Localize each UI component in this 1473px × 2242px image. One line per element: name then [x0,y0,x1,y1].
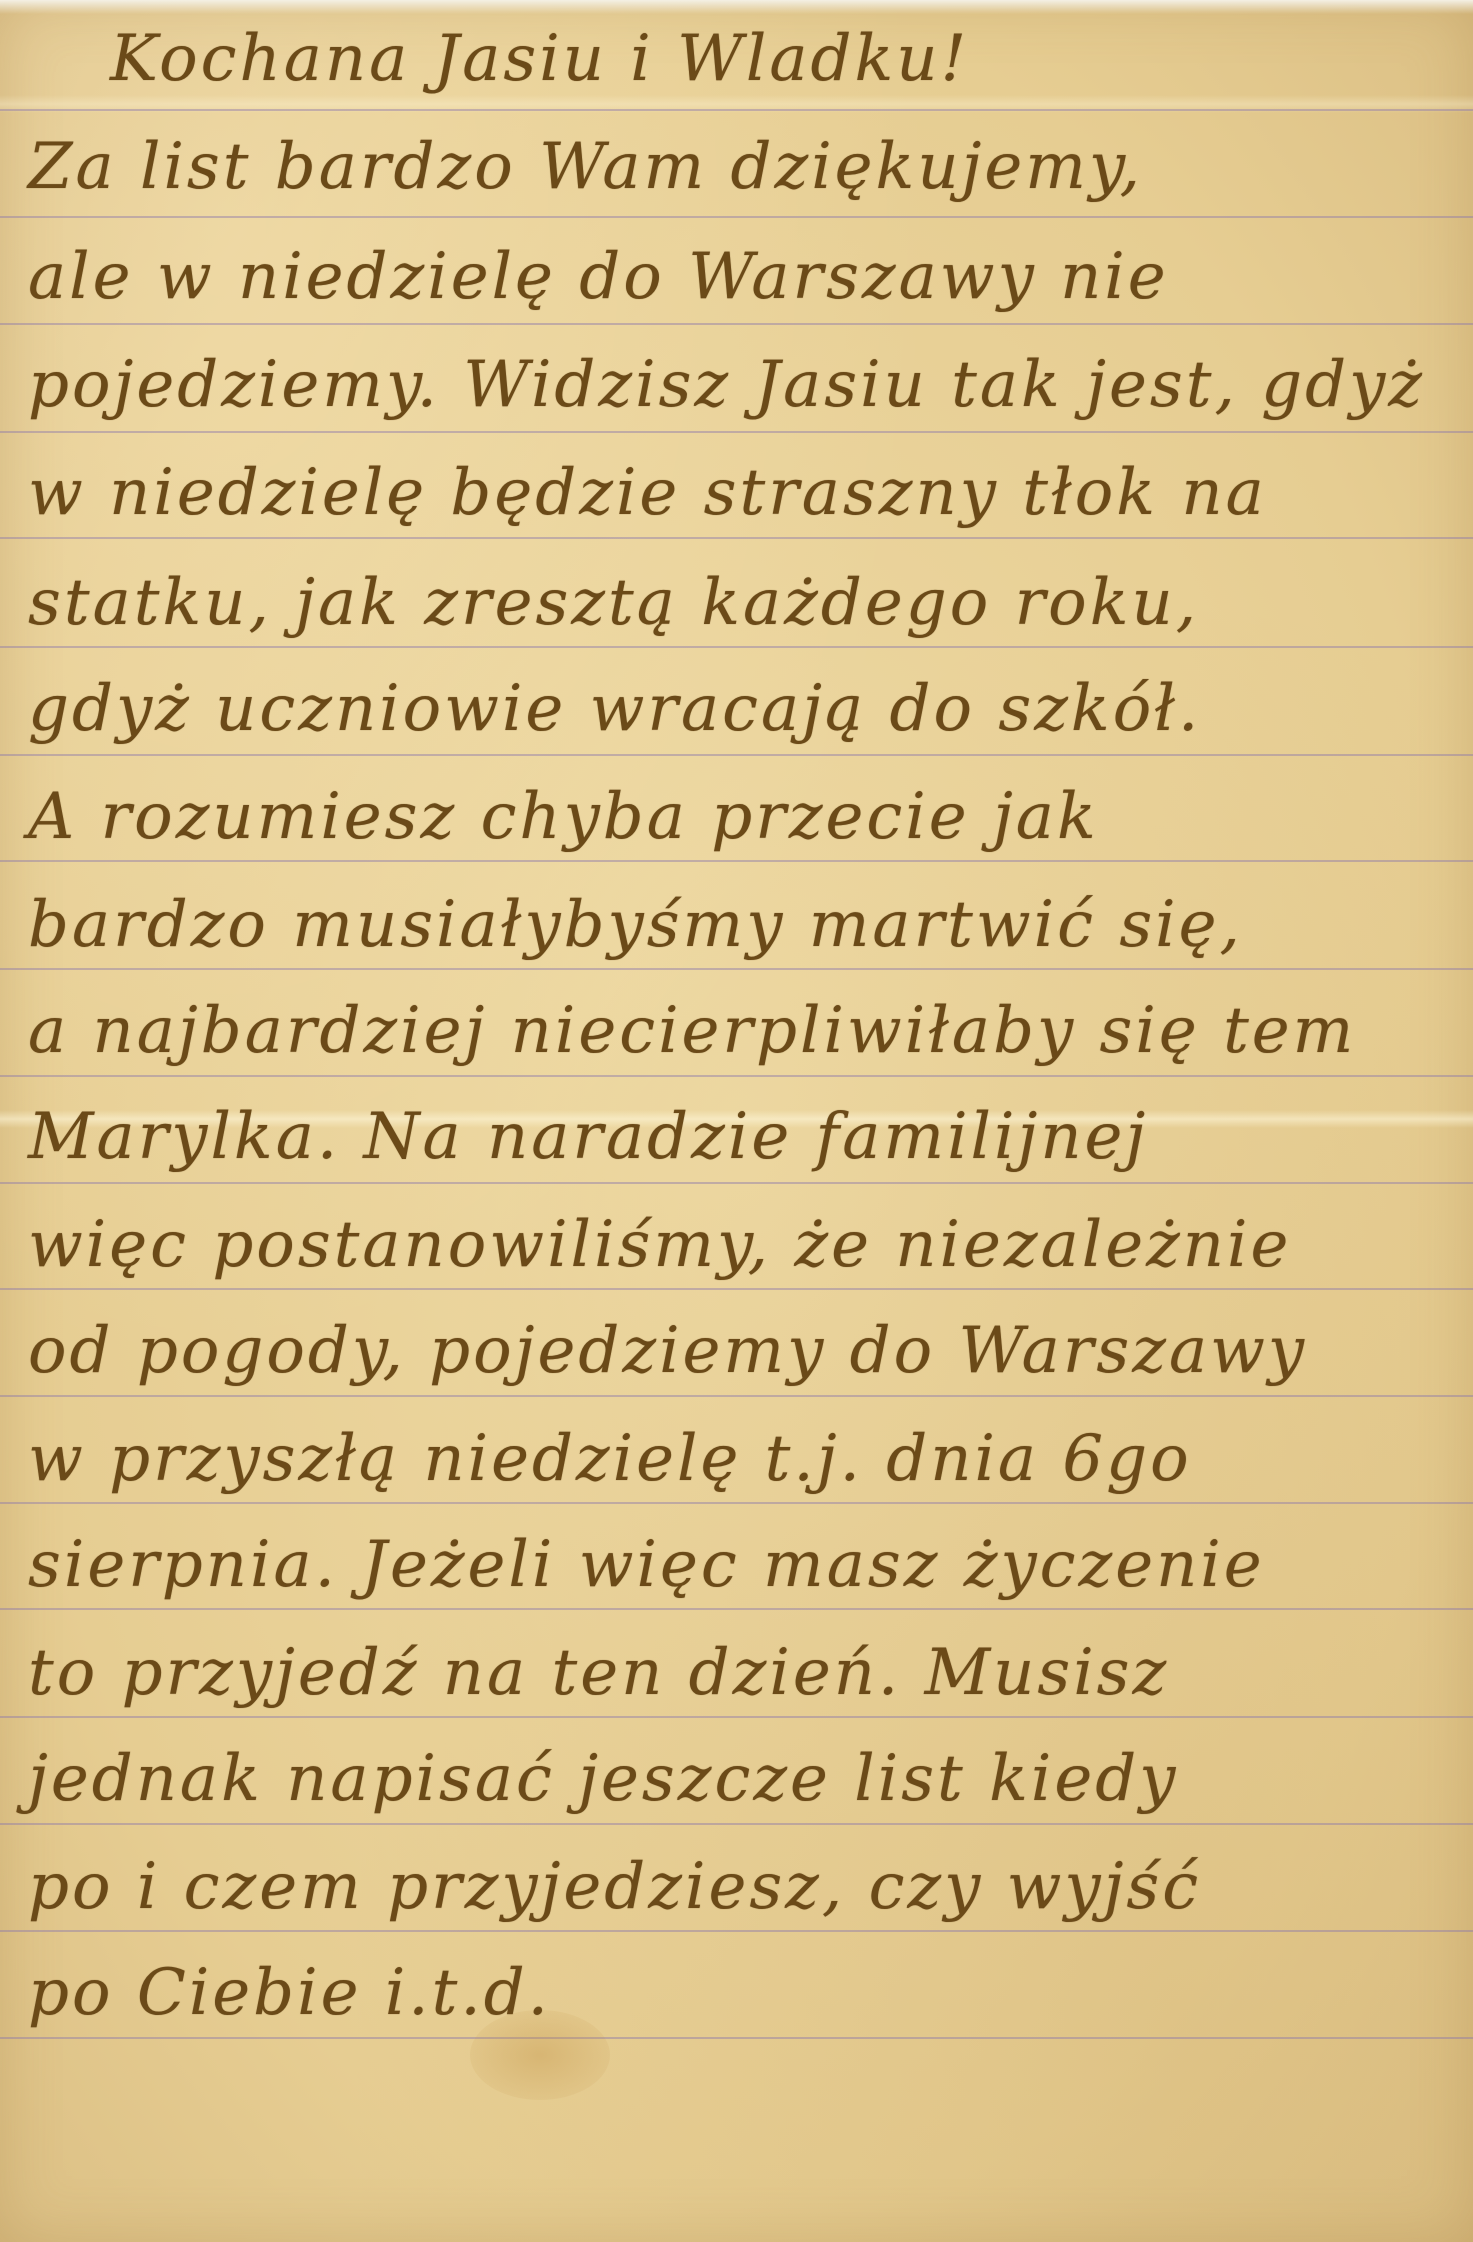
letter-line: po i czem przyjedziesz, czy wyjść [28,1850,1201,1924]
torn-top-edge [0,0,1473,14]
ruled-line [0,1608,1473,1610]
letter-line: ale w niedzielę do Warszawy nie [28,240,1169,314]
letter-line: gdyż uczniowie wracają do szkół. [28,672,1201,746]
ruled-line [0,431,1473,433]
ruled-line [0,2037,1473,2039]
letter-line: od pogody, pojedziemy do Warszawy [28,1314,1307,1388]
ruled-line [0,1502,1473,1504]
ruled-line [0,968,1473,970]
ruled-line [0,216,1473,218]
ruled-line [0,1182,1473,1184]
letter-line: to przyjedź na ten dzień. Musisz [28,1636,1169,1710]
ruled-line [0,1716,1473,1718]
letter-line: sierpnia. Jeżeli więc masz życzenie [28,1528,1265,1602]
letter-line: pojedziemy. Widzisz Jasiu tak jest, gdyż [28,348,1425,422]
ruled-line [0,1075,1473,1077]
ruled-line [0,1930,1473,1932]
letter-line: Za list bardzo Wam dziękujemy, [28,130,1143,204]
letter-line: jednak napisać jeszcze list kiedy [28,1742,1178,1816]
ruled-line [0,323,1473,325]
letter-salutation: Kochana Jasiu i Wladku! [110,22,969,96]
letter-line: w przyszłą niedzielę t.j. dnia 6go [28,1422,1192,1496]
letter-line: A rozumiesz chyba przecie jak [28,780,1099,854]
letter-line: a najbardziej niecierpliwiłaby się tem [28,994,1356,1068]
ruled-line [0,646,1473,648]
letter-line: statku, jak zresztą każdego roku, [28,566,1199,640]
ruled-line [0,754,1473,756]
ruled-line [0,537,1473,539]
ruled-line [0,1288,1473,1290]
letter-line: po Ciebie i.t.d. [28,1956,551,2030]
ruled-line [0,1823,1473,1825]
ruled-line [0,1395,1473,1397]
letter-line: bardzo musiałybyśmy martwić się, [28,888,1243,962]
letter-line: więc postanowiliśmy, że niezależnie [28,1208,1291,1282]
ruled-line [0,860,1473,862]
letter-line: Marylka. Na naradzie familijnej [28,1100,1148,1174]
ruled-line [0,109,1473,111]
letter-line: w niedzielę będzie straszny tłok na [28,456,1267,530]
